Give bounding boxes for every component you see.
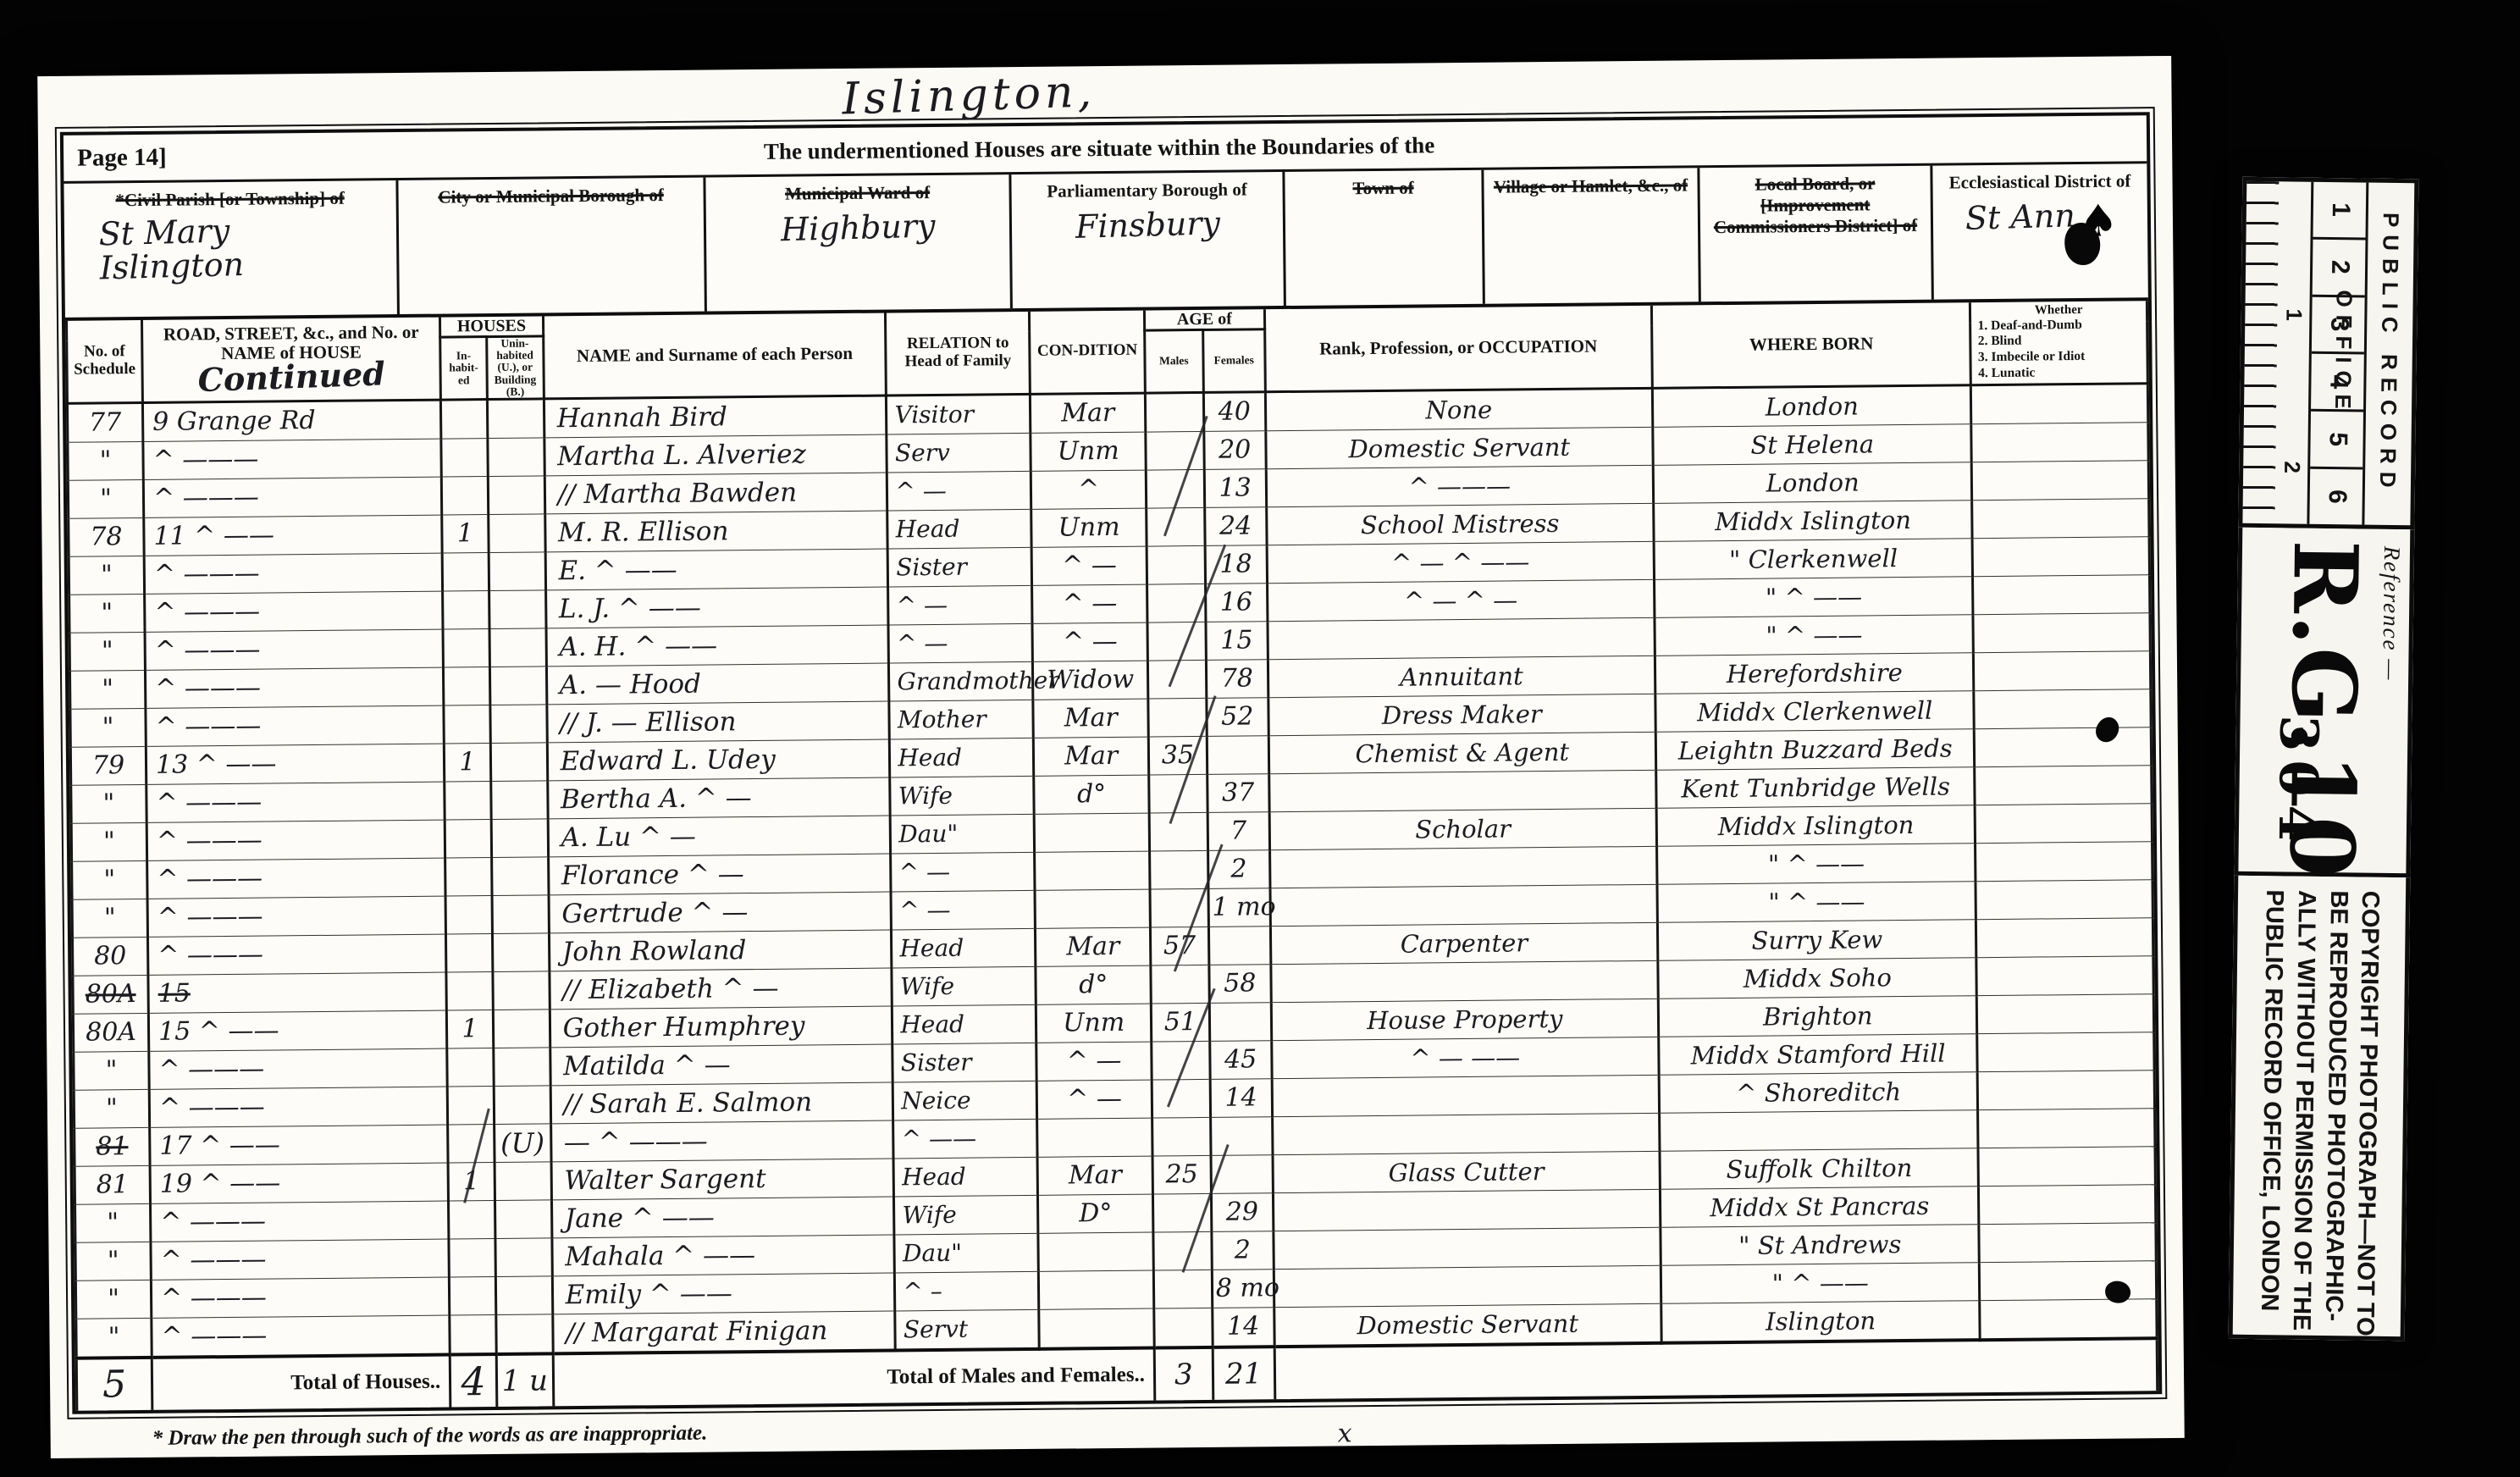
cell-age-female: 24 [1204, 507, 1266, 546]
cell-age-male [1153, 1231, 1212, 1270]
cell-where-born: Middx St Pancras [1660, 1187, 1979, 1228]
cell-houses-uninhabited [494, 1048, 550, 1087]
cell-age-female: 8 mo [1212, 1270, 1274, 1308]
cell-condition: d° [1034, 775, 1149, 814]
cell-relation: Head [890, 738, 1034, 777]
admin-district-row: *Civil Parish [or Township] of St Mary I… [64, 163, 2147, 321]
cell-infirmity [1979, 1223, 2156, 1263]
cell-schedule: " [70, 708, 146, 747]
copyright-section: COPYRIGHT PHOTOGRAPH—NOT TOBE REPRODUCED… [2229, 876, 2411, 1341]
total-females-value: 21 [1213, 1347, 1274, 1400]
infirmity-item: 1. Deaf-and-Dumb [1975, 317, 2144, 335]
cell-where-born: Brighton [1658, 996, 1977, 1037]
cell-name: // J. — Ellison [546, 701, 889, 743]
infirmity-item: 3. Imbecile or Idiot [1975, 349, 2144, 367]
cell-condition: ^ — [1032, 546, 1147, 585]
cell-schedule: " [68, 441, 143, 480]
cell-occupation [1273, 1189, 1661, 1231]
ruler-ticks [2242, 181, 2279, 523]
cell-age-male [1152, 1117, 1211, 1156]
cell-infirmity [1976, 880, 2152, 920]
public-record-office-label: PUBLIC RECORD OFFICE [2362, 183, 2414, 525]
cell-age-female: 37 [1207, 774, 1268, 813]
cell-age-female: 18 [1205, 545, 1267, 584]
cell-road: ^ ——— [146, 782, 445, 822]
cell-road: 9 Grange Rd [142, 400, 441, 441]
cell-age-male [1147, 507, 1205, 546]
cell-condition: Widow [1033, 661, 1148, 700]
cell-condition: Unm [1031, 432, 1146, 471]
admin-district-value: Highbury [780, 207, 936, 248]
cell-age-male: 25 [1152, 1155, 1211, 1194]
cell-condition: ^ — [1036, 1042, 1152, 1081]
cell-schedule: " [72, 860, 147, 899]
cell-houses-uninhabited [492, 895, 549, 934]
cell-name: M. R. Ellison [544, 511, 887, 552]
cell-relation: Head [893, 1157, 1037, 1197]
cell-name: L. J. ^ —— [545, 587, 888, 628]
cell-relation: Wife [894, 1195, 1038, 1235]
cell-infirmity [1980, 1299, 2157, 1340]
cell-houses-inhabited [441, 476, 488, 515]
cell-infirmity [1975, 766, 2152, 805]
cell-name: E. ^ —— [545, 549, 888, 590]
cell-condition: Mar [1034, 737, 1149, 776]
cell-condition: Mar [1033, 699, 1148, 738]
cell-age-female: 14 [1213, 1308, 1274, 1347]
cell-infirmity [1972, 461, 2149, 501]
cell-age-female: 7 [1207, 812, 1269, 851]
ruler-section: PUBLIC RECORD OFFICE 123456 1 2 [2238, 177, 2418, 529]
cell-road: 13 ^ —— [146, 744, 445, 784]
admin-district-box: City or Municipal Borough of [398, 178, 706, 314]
cell-occupation [1274, 1265, 1661, 1307]
ruler-number: 5 [2310, 412, 2363, 470]
cell-condition [1039, 1270, 1154, 1309]
cell-road: ^ ——— [145, 629, 444, 670]
cell-condition [1035, 889, 1150, 928]
cell-age-female: 45 [1210, 1041, 1272, 1080]
cell-houses-uninhabited [487, 399, 544, 439]
cell-age-female: 2 [1212, 1231, 1274, 1270]
cell-houses-uninhabited [489, 628, 546, 667]
cell-age-female [1208, 927, 1270, 965]
cell-road: ^ ——— [143, 439, 442, 479]
cell-occupation: School Mistress [1266, 503, 1654, 545]
cell-where-born: " ^ —— [1655, 615, 1974, 656]
column-header-age: AGE of [1144, 309, 1264, 330]
cell-condition: Mar [1031, 393, 1146, 433]
cell-houses-uninhabited [489, 514, 545, 553]
admin-district-label: Municipal Ward of [776, 175, 938, 205]
admin-district-label: Town of [1344, 170, 1422, 199]
cell-age-female: 14 [1210, 1079, 1272, 1118]
cell-age-male [1152, 1079, 1210, 1118]
cell-occupation: Annuitant [1268, 656, 1655, 697]
cell-infirmity [1974, 689, 2151, 729]
cell-where-born: London [1652, 385, 1971, 428]
cell-infirmity [1978, 1109, 2155, 1148]
copyright-line: COPYRIGHT PHOTOGRAPH—NOT TO [2348, 891, 2385, 1336]
cell-occupation: Glass Cutter [1273, 1151, 1661, 1192]
cell-condition: Mar [1037, 1156, 1152, 1195]
cell-houses-uninhabited [489, 590, 545, 629]
cell-relation: ^ — [888, 623, 1032, 663]
cell-age-female: 78 [1206, 660, 1268, 699]
cell-age-female [1209, 1003, 1271, 1042]
cell-relation: Mother [889, 700, 1033, 739]
cell-schedule: " [71, 822, 146, 861]
cell-occupation: Domestic Servant [1265, 427, 1653, 468]
ruler-scale-numbers: 123456 [2307, 182, 2366, 524]
cell-name: Martha L. Alveriez [544, 434, 887, 476]
cell-houses-uninhabited [494, 1086, 550, 1125]
cell-infirmity [1972, 499, 2149, 539]
cell-relation: ^ — [891, 852, 1035, 892]
cell-schedule: 80 [72, 937, 147, 976]
pro-strip-content: PUBLIC RECORD OFFICE 123456 1 2 Referenc… [2229, 177, 2419, 1341]
cell-relation: Dau" [894, 1233, 1038, 1273]
ruler-number: 6 [2309, 469, 2362, 525]
cell-road: ^ ——— [146, 820, 445, 860]
cell-name: // Margarat Finigan [552, 1311, 895, 1353]
cell-houses-inhabited [445, 819, 491, 858]
cell-occupation: Chemist & Agent [1268, 732, 1656, 773]
infirmity-item: 2. Blind [1975, 333, 2144, 351]
cell-infirmity [1973, 613, 2150, 653]
cell-relation: ^ — [887, 471, 1031, 511]
cell-relation: ^ – [895, 1271, 1039, 1311]
cell-where-born: St Helena [1653, 424, 1972, 466]
cell-houses-inhabited [450, 1314, 496, 1354]
cell-houses-uninhabited [492, 933, 549, 972]
cell-schedule: " [69, 670, 145, 709]
cell-houses-inhabited [444, 667, 490, 705]
admin-district-box: Town of [1285, 170, 1485, 306]
cell-relation: Head [892, 928, 1036, 968]
cell-where-born: Surry Kew [1657, 920, 1976, 961]
cell-age-female: 13 [1204, 469, 1266, 508]
admin-district-label: Village or Hamlet, &c., of [1485, 168, 1696, 197]
cell-relation: Sister [888, 547, 1032, 587]
cell-age-male [1150, 888, 1208, 927]
cell-houses-inhabited [443, 590, 489, 629]
cell-road: 15 [148, 972, 447, 1013]
column-header-inhabited: In-habit-ed [440, 337, 487, 400]
cell-road: ^ ——— [148, 934, 447, 975]
admin-district-label: City or Municipal Borough of [429, 178, 672, 208]
cell-schedule: " [69, 632, 145, 671]
cell-relation: Wife [890, 776, 1034, 816]
cell-relation: Servt [895, 1309, 1039, 1350]
cell-schedule: " [75, 1280, 151, 1319]
cell-condition: D° [1038, 1194, 1153, 1233]
cell-relation: ^ —— [893, 1119, 1037, 1159]
cell-houses-inhabited [444, 705, 490, 744]
total-males-females-label: Total of Males and Females.. [553, 1347, 1155, 1406]
cell-condition [1035, 813, 1150, 852]
ruler-number: 1 [2313, 182, 2366, 241]
admin-district-label: *Civil Parish [or Township] of [107, 181, 353, 212]
admin-district-box: Local Board, or [Improvement Commissione… [1699, 166, 1934, 302]
cell-houses-inhabited [450, 1276, 496, 1315]
cell-age-female: 16 [1205, 584, 1267, 622]
cell-age-male [1151, 965, 1209, 1004]
ruler-small-number: 1 [2280, 308, 2307, 321]
cell-road: ^ ——— [151, 1277, 450, 1318]
cell-houses-inhabited [449, 1238, 495, 1277]
cell-infirmity [1971, 384, 2148, 424]
cell-houses-inhabited: 1 [447, 1010, 494, 1048]
cell-relation: ^ — [888, 585, 1032, 625]
cell-road: ^ ——— [146, 667, 445, 708]
cell-houses-uninhabited [490, 705, 547, 744]
cell-name: Florance ^ — [548, 854, 891, 895]
cell-where-born: " St Andrews [1661, 1225, 1980, 1266]
pro-reference-strip: PUBLIC RECORD OFFICE 123456 1 2 Referenc… [2229, 177, 2419, 1341]
cell-condition [1035, 851, 1150, 890]
cell-relation: Visitor [887, 394, 1031, 434]
cell-condition: Unm [1031, 508, 1147, 547]
cell-name: Bertha A. ^ — [547, 777, 890, 819]
cell-relation: Grandmother [889, 661, 1033, 701]
column-header-occupation: Rank, Profession, or OCCUPATION [1264, 306, 1652, 392]
cell-name: Walter Sargent [551, 1159, 894, 1200]
cell-schedule: " [75, 1203, 151, 1242]
footnote: * Draw the pen through such of the words… [152, 1408, 2185, 1451]
cell-houses-uninhabited [493, 1010, 550, 1048]
cell-age-female: 58 [1209, 965, 1271, 1004]
cell-infirmity [1973, 575, 2150, 615]
cell-houses-inhabited [445, 857, 492, 896]
cell-road: 11 ^ —— [144, 515, 443, 556]
census-form: Page 14] The undermentioned Houses are s… [60, 112, 2162, 1413]
ruler-number: 2 [2313, 240, 2366, 298]
cell-condition [1037, 1118, 1152, 1157]
footnote-row: * Draw the pen through such of the words… [152, 1408, 2185, 1451]
cell-relation: Head [892, 1004, 1036, 1044]
cell-age-female: 20 [1204, 431, 1266, 470]
column-header-uninhabited: Unin-habited (U.), or Building (B.) [487, 336, 544, 399]
cell-occupation: House Property [1271, 998, 1659, 1040]
cell-name: Matilda ^ — [550, 1044, 892, 1086]
pen-mark: x [1338, 1419, 1352, 1448]
cell-schedule: " [75, 1242, 151, 1281]
cell-houses-inhabited [442, 552, 489, 591]
cell-occupation [1272, 1075, 1660, 1116]
piece-number-stamp: 304 [2267, 715, 2330, 850]
cell-schedule: " [74, 1051, 149, 1090]
infirmity-items: 1. Deaf-and-Dumb2. Blind3. Imbecile or I… [1975, 317, 2144, 383]
cell-where-born [1660, 1110, 1979, 1152]
cell-where-born: " ^ —— [1657, 844, 1976, 885]
ink-blot [2105, 1281, 2130, 1303]
cell-condition [1038, 1232, 1153, 1271]
cell-occupation: Carpenter [1270, 922, 1658, 964]
cell-relation: Neice [893, 1081, 1037, 1120]
cell-occupation: ^ — —— [1271, 1037, 1659, 1078]
admin-district-box: *Civil Parish [or Township] of St Mary I… [64, 180, 399, 318]
cell-schedule: 80A [73, 975, 148, 1014]
cell-houses-uninhabited [489, 552, 545, 591]
census-page-scan: Islington, Page 14] The undermentioned H… [37, 56, 2185, 1458]
cell-houses-inhabited: 1 [442, 514, 489, 553]
cell-where-born: Herefordshire [1655, 653, 1974, 694]
cell-condition: ^ — [1032, 622, 1147, 661]
cell-name: A. H. ^ —— [546, 625, 889, 667]
ruler-number: 3 [2312, 296, 2365, 355]
cell-occupation [1268, 617, 1655, 659]
cell-name: // Sarah E. Salmon [550, 1082, 893, 1124]
cell-where-born: Middx Soho [1658, 958, 1977, 999]
cell-houses-uninhabited [493, 971, 550, 1010]
column-header-infirmity: Whether 1. Deaf-and-Dumb2. Blind3. Imbec… [1970, 301, 2147, 384]
cell-condition: Mar [1036, 927, 1151, 966]
column-header-condition: CON-DITION [1030, 311, 1146, 395]
cell-name: John Rowland [549, 930, 892, 971]
cell-road: ^ ——— [143, 477, 442, 517]
column-header-males: Males [1145, 329, 1204, 393]
cell-where-born: London [1653, 462, 1972, 504]
cell-road: 15 ^ —— [148, 1010, 447, 1051]
cell-road: ^ ——— [147, 858, 446, 899]
cell-houses-uninhabited [495, 1238, 552, 1277]
cell-schedule: 80A [73, 1013, 148, 1052]
cell-houses-inhabited [443, 628, 489, 667]
cell-schedule: " [72, 899, 147, 938]
cell-age-female: 40 [1203, 392, 1265, 432]
cell-condition: Unm [1036, 1004, 1152, 1043]
cell-houses-uninhabited [490, 743, 547, 782]
copyright-line: PUBLIC RECORD OFFICE, LONDON [2252, 889, 2290, 1335]
cell-where-born: Middx Islington [1654, 501, 1973, 542]
cell-road: ^ ——— [144, 553, 443, 594]
cell-relation: Serv [887, 433, 1031, 473]
cell-houses-uninhabited: (U) [494, 1124, 550, 1163]
cell-occupation: ^ — ^ —— [1267, 541, 1655, 583]
cell-occupation [1268, 770, 1656, 811]
cell-houses-inhabited [445, 895, 492, 934]
admin-district-label: Ecclesiastical District of [1941, 163, 2140, 193]
cell-houses-uninhabited [495, 1276, 552, 1315]
ink-blot [2064, 223, 2100, 265]
cell-name: // Martha Bawden [544, 473, 887, 514]
cell-age-female: 15 [1206, 622, 1268, 661]
cell-road: 17 ^ —— [150, 1125, 449, 1165]
cell-houses-uninhabited [495, 1162, 551, 1201]
cell-age-female: 1 mo [1208, 888, 1270, 927]
cell-schedule: " [69, 594, 145, 633]
reference-label: Reference — [2377, 545, 2405, 681]
cell-occupation: ^ — ^ — [1267, 579, 1655, 621]
cell-infirmity [1975, 727, 2152, 767]
cell-houses-uninhabited [491, 819, 548, 858]
cell-houses-inhabited: 1 [445, 743, 491, 782]
cell-where-born: " ^ —— [1655, 577, 1974, 618]
cell-age-male [1153, 1270, 1212, 1308]
cell-occupation [1274, 1227, 1661, 1269]
cell-infirmity [1976, 956, 2153, 996]
cell-schedule: " [74, 1089, 149, 1128]
cell-road: ^ ——— [146, 705, 445, 746]
cell-age-female: 29 [1211, 1193, 1273, 1232]
cell-houses-inhabited [441, 438, 488, 477]
cell-name: Emily ^ —— [552, 1273, 895, 1314]
cell-age-male [1145, 392, 1203, 432]
cell-relation: Dau" [891, 814, 1035, 854]
cell-houses-inhabited [449, 1200, 495, 1239]
cell-occupation: Domestic Servant [1274, 1303, 1661, 1347]
cell-houses-inhabited [441, 399, 488, 439]
cell-infirmity [1971, 423, 2148, 462]
cell-age-male [1147, 622, 1206, 661]
cell-where-born: " ^ —— [1657, 882, 1976, 923]
admin-district-label: Local Board, or [Improvement Commissione… [1699, 166, 1931, 238]
total-males-value: 3 [1154, 1347, 1213, 1401]
column-header-where-born: WHERE BORN [1651, 302, 1970, 388]
infirmity-item: 4. Lunatic [1975, 364, 2144, 382]
cell-infirmity [1973, 537, 2150, 577]
cell-houses-inhabited [445, 781, 491, 820]
cell-name: A. — Hood [546, 663, 889, 705]
cell-houses-uninhabited [495, 1200, 551, 1239]
cell-age-male [1147, 545, 1205, 584]
cell-name: A. Lu ^ — [548, 816, 891, 857]
cell-infirmity [1977, 994, 2154, 1034]
cell-road: ^ ——— [149, 1048, 448, 1089]
column-header-houses: HOUSES [440, 316, 544, 337]
cell-road: 19 ^ —— [150, 1163, 449, 1203]
cell-condition: ^ [1031, 470, 1147, 509]
cell-occupation [1269, 846, 1657, 888]
totals-empty-cell [1274, 1338, 2158, 1399]
column-header-road: ROAD, STREET, &c., and No. or NAME of HO… [142, 318, 441, 403]
cell-occupation: ^ ——— [1266, 465, 1654, 506]
cell-infirmity [1976, 918, 2153, 958]
ruler-number: 4 [2311, 354, 2364, 412]
cell-condition: d° [1036, 965, 1151, 1004]
cell-schedule: 79 [70, 746, 146, 785]
column-header-schedule: No. of Schedule [66, 320, 142, 403]
cell-schedule: 77 [67, 402, 142, 442]
cell-occupation [1270, 960, 1658, 1002]
reference-section: Reference — R.G.10 304 [2234, 527, 2414, 877]
cell-where-born: Leightn Buzzard Beds [1655, 729, 1975, 771]
cell-where-born: ^ Shoreditch [1659, 1072, 1978, 1114]
cell-road: ^ ——— [151, 1239, 450, 1280]
cell-condition: ^ — [1032, 584, 1147, 623]
cell-infirmity [1977, 1032, 2154, 1072]
cell-houses-uninhabited [491, 857, 548, 896]
cell-age-male [1150, 850, 1208, 889]
cell-age-female [1207, 736, 1268, 775]
cell-houses-uninhabited [488, 438, 544, 477]
copyright-line: ALLY WITHOUT PERMISSION OF THE [2285, 890, 2322, 1336]
copyright-line: BE REPRODUCED PHOTOGRAPHIC- [2317, 890, 2354, 1336]
cell-relation: Sister [892, 1043, 1036, 1082]
admin-district-value: Finsbury [1075, 204, 1220, 246]
cell-infirmity [1974, 651, 2151, 691]
cell-occupation: None [1265, 388, 1653, 430]
cell-houses-inhabited [448, 1124, 495, 1163]
column-header-females: Females [1202, 329, 1265, 393]
cell-schedule: " [76, 1318, 152, 1358]
cell-occupation [1270, 884, 1658, 926]
cell-houses-inhabited [446, 933, 493, 972]
total-houses-inhabited-value: 4 [450, 1354, 496, 1408]
cell-schedule: " [69, 556, 144, 595]
cell-schedule: 81 [75, 1127, 150, 1166]
